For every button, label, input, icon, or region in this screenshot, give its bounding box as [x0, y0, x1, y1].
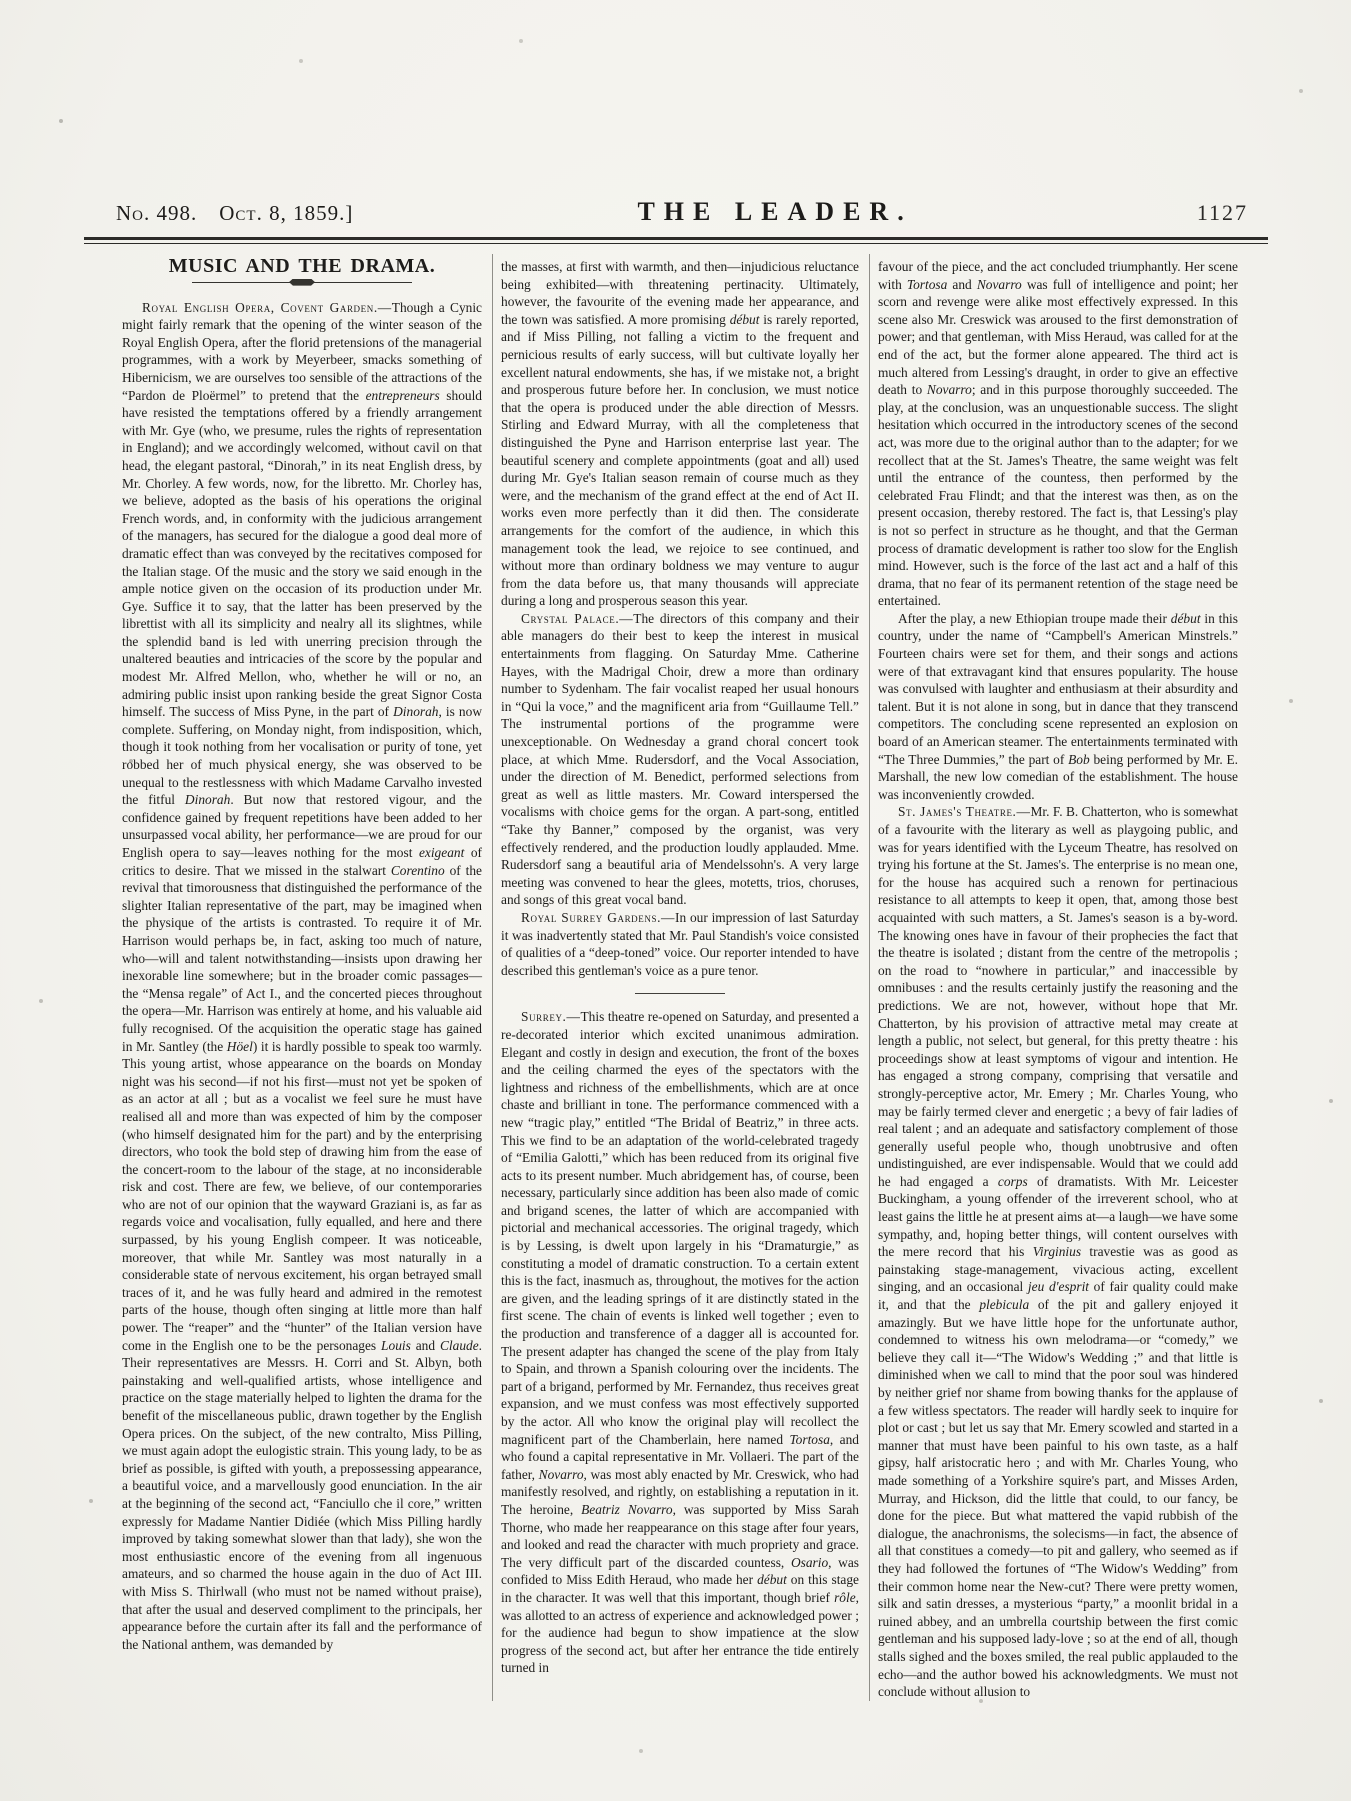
issue-date: Oct. 8, 1859.]	[219, 201, 353, 225]
issue-and-date: No. 498. Oct. 8, 1859.]	[116, 201, 353, 226]
section-lead: St. James's Theatre.—	[898, 804, 1030, 819]
paragraph: After the play, a new Ethiopian troupe m…	[878, 610, 1238, 804]
paragraph: favour of the piece, and the act conclud…	[878, 258, 1238, 610]
section-paragraph: Royal Surrey Gardens.—In our impression …	[501, 909, 859, 979]
scan-speckles	[0, 0, 2, 2]
section-paragraph: St. James's Theatre.—Mr. F. B. Chatterto…	[878, 803, 1238, 1700]
column-2: the masses, at first with warmth, and th…	[492, 254, 870, 1701]
section-paragraph: Crystal Palace.—The directors of this co…	[501, 610, 859, 909]
section-lead: Surrey.—	[521, 1009, 581, 1024]
page-number: 1127	[1197, 200, 1248, 226]
header-rule	[84, 237, 1268, 244]
newspaper-page: No. 498. Oct. 8, 1859.] THE LEADER. 1127…	[0, 0, 1351, 1801]
section-paragraph: Royal English Opera, Covent Garden.—Thou…	[122, 299, 482, 1654]
paragraph: the masses, at first with warmth, and th…	[501, 258, 859, 610]
masthead-title: THE LEADER.	[637, 197, 912, 227]
section-rule	[635, 993, 725, 994]
section-lead: Crystal Palace.—	[521, 611, 633, 626]
section-lead: Royal English Opera, Covent Garden.—	[142, 300, 392, 315]
article-columns: MUSIC AND THE DRAMA.Royal English Opera,…	[114, 254, 1250, 1701]
section-paragraph: Surrey.—This theatre re-opened on Saturd…	[501, 1008, 859, 1677]
page-header: No. 498. Oct. 8, 1859.] THE LEADER. 1127	[116, 197, 1248, 227]
headline-divider	[192, 278, 412, 287]
section-lead: Royal Surrey Gardens.—	[521, 910, 675, 925]
issue-number: No. 498.	[116, 201, 197, 225]
column-1: MUSIC AND THE DRAMA.Royal English Opera,…	[114, 254, 492, 1701]
diamond-ornament	[289, 279, 315, 286]
article-title: MUSIC AND THE DRAMA.	[122, 258, 482, 276]
column-3: favour of the piece, and the act conclud…	[870, 254, 1248, 1701]
